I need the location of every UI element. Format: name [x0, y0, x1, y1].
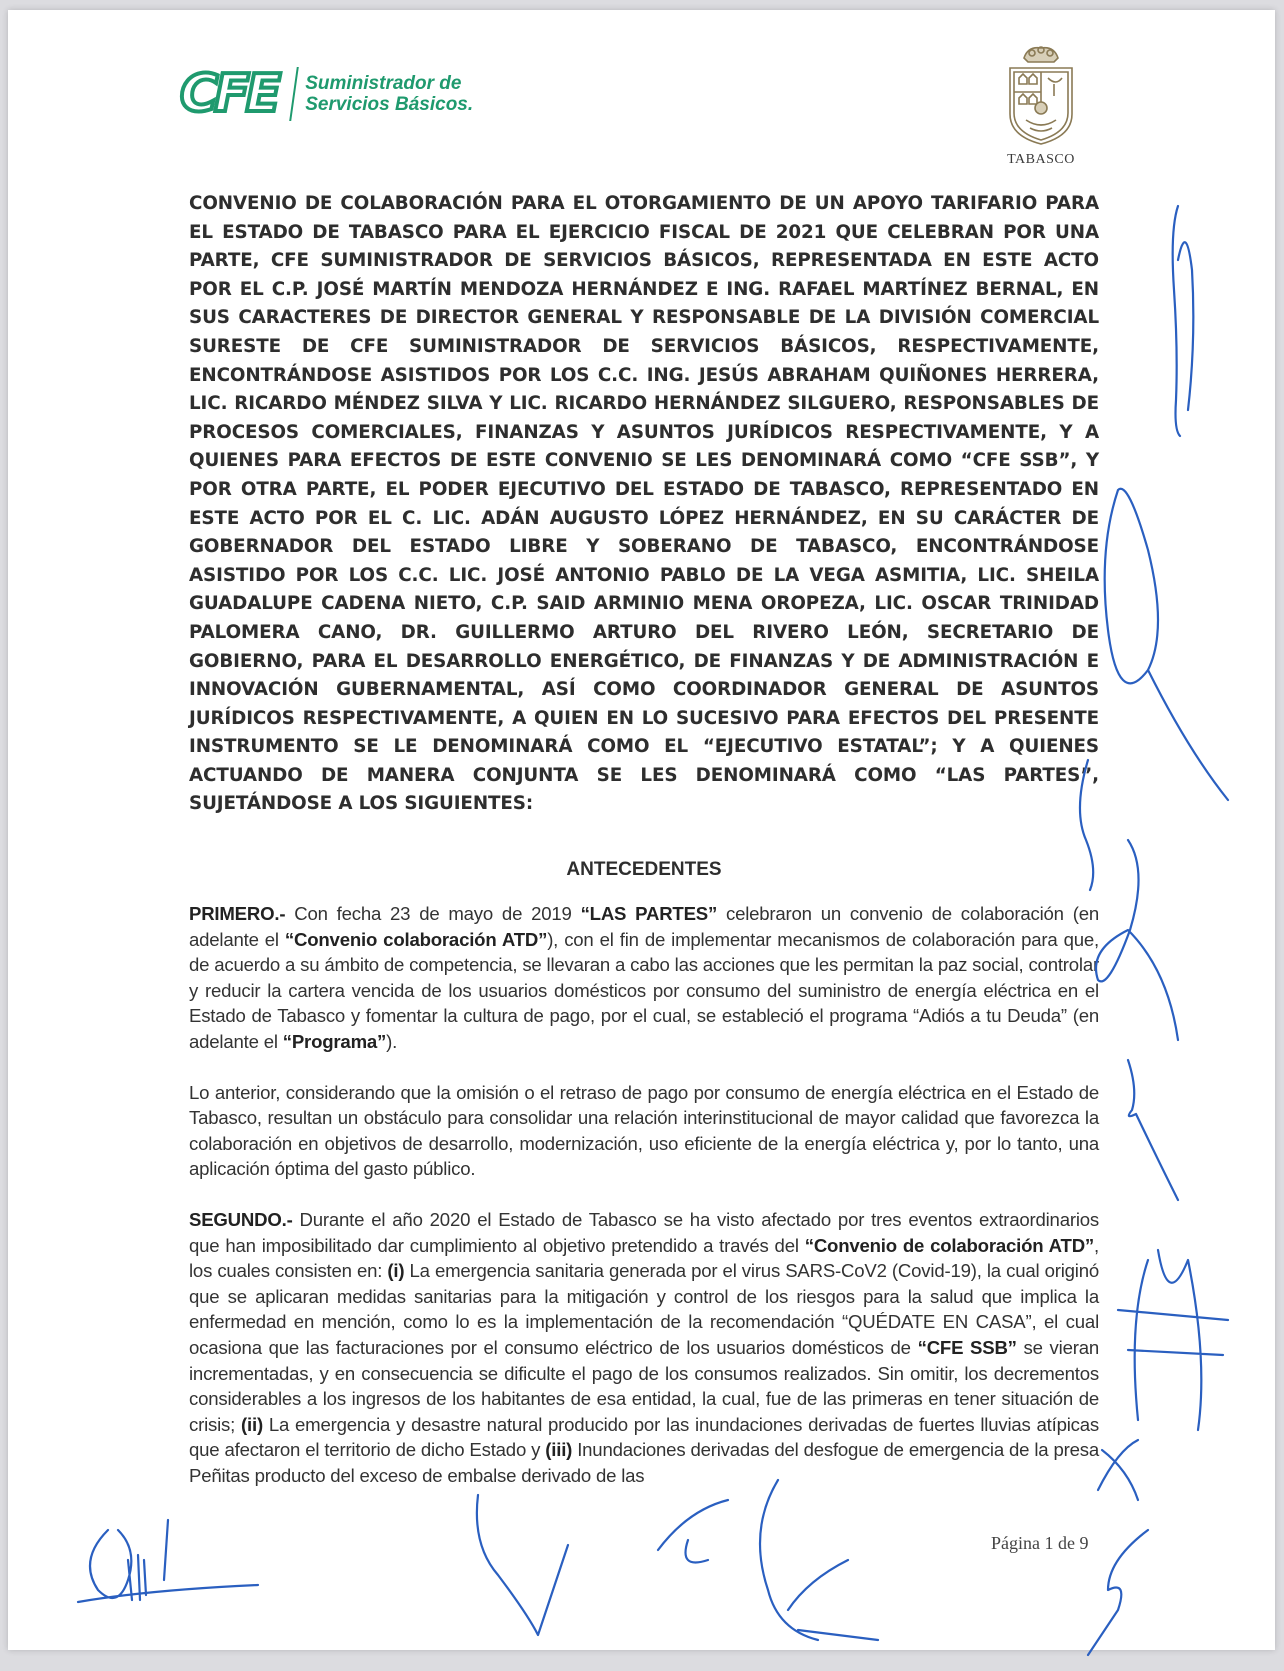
coat-of-arms-icon — [1004, 44, 1078, 148]
segundo-bold-5: (iii) — [545, 1439, 572, 1460]
segundo-bold-3: “CFE SSB” — [918, 1337, 1017, 1358]
agreement-title: CONVENIO DE COLABORACIÓN PARA EL OTORGAM… — [189, 190, 1099, 819]
paragraph-lo-anterior: Lo anterior, considerando que la omisión… — [189, 1080, 1099, 1182]
paragraph-segundo: SEGUNDO.- Durante el año 2020 el Estado … — [189, 1207, 1099, 1489]
primero-text-1: Con fecha 23 de mayo de 2019 — [285, 903, 580, 924]
paragraph-primero: PRIMERO.- Con fecha 23 de mayo de 2019 “… — [189, 901, 1099, 1055]
document-body: CONVENIO DE COLABORACIÓN PARA EL OTORGAM… — [189, 190, 1099, 1514]
cfe-logo-line1: Suministrador de — [305, 73, 473, 94]
cfe-logo-text: Suministrador de Servicios Básicos. — [305, 73, 473, 115]
primero-bold-3: “Programa” — [283, 1031, 386, 1052]
segundo-bold-4: (ii) — [241, 1414, 263, 1435]
cfe-logo: CFE Suministrador de Servicios Básicos. — [180, 66, 473, 122]
signature-right-margin-initial — [1108, 1050, 1188, 1210]
primero-bold-1: “LAS PARTES” — [581, 903, 718, 924]
primero-bold-2: “Convenio colaboración ATD” — [285, 929, 547, 950]
signature-right-margin-top — [1148, 200, 1218, 440]
signature-right-margin-loop — [1088, 470, 1238, 810]
segundo-bold-2: (i) — [387, 1260, 404, 1281]
signature-bottom-right — [1078, 1520, 1178, 1660]
section-heading-antecedentes: ANTECEDENTES — [189, 859, 1099, 881]
cfe-logo-mark: CFE — [180, 68, 277, 120]
signature-right-margin-cross — [1108, 1240, 1238, 1440]
primero-text-4: ). — [386, 1031, 397, 1052]
tabasco-label: TABASCO — [998, 152, 1084, 168]
segundo-label: SEGUNDO.- — [189, 1209, 293, 1230]
signature-bottom-left — [68, 1510, 268, 1620]
page-number: Página 1 de 9 — [991, 1533, 1088, 1554]
cfe-logo-line2: Servicios Básicos. — [305, 94, 473, 115]
primero-label: PRIMERO.- — [189, 903, 285, 924]
tabasco-seal: TABASCO — [998, 44, 1084, 168]
document-page: CFE Suministrador de Servicios Básicos. … — [8, 10, 1275, 1650]
segundo-bold-1: “Convenio de colaboración ATD” — [805, 1235, 1094, 1256]
logo-divider — [289, 67, 299, 121]
